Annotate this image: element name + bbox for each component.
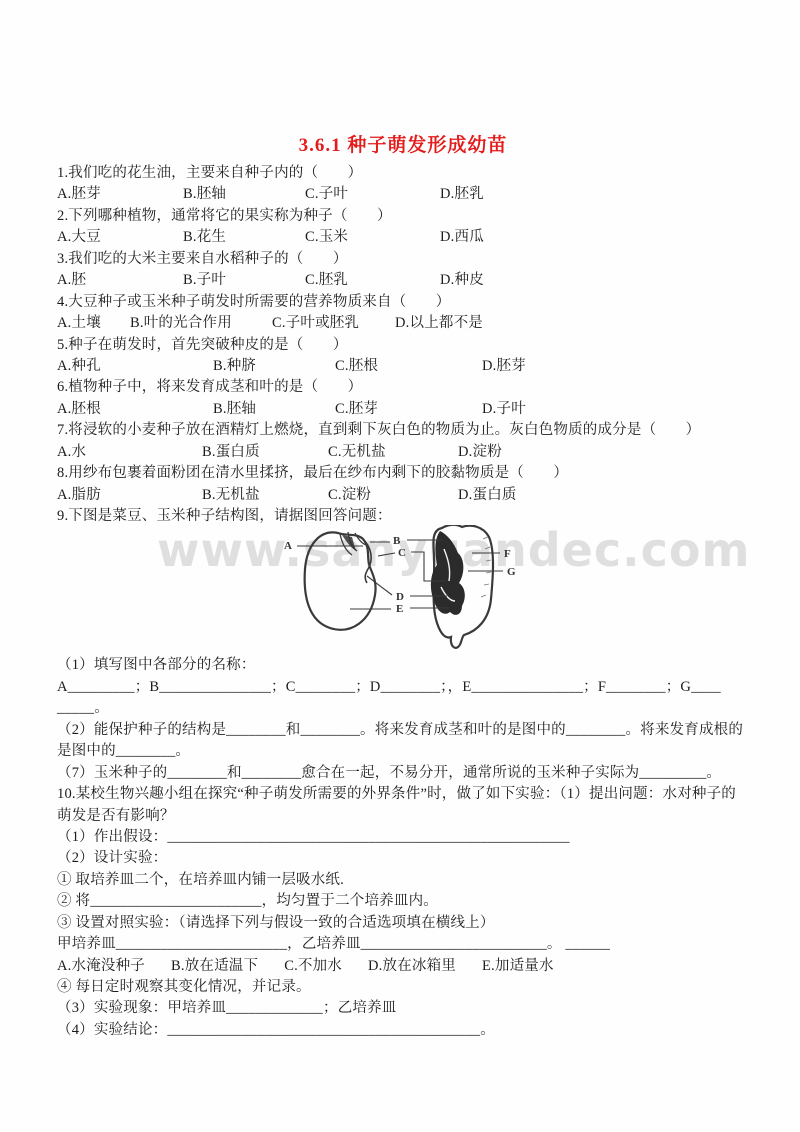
- fill-in-line: （3）实验现象：甲培养皿_____________；乙培养皿: [57, 998, 757, 1019]
- figure-label-g: G: [507, 566, 516, 578]
- option: B.叶的光合作用: [130, 313, 272, 334]
- fill-in-line: _____。: [57, 698, 757, 719]
- question-stem: 7.将浸软的小麦种子放在酒精灯上燃烧，直到剩下灰白色的物质为止。灰白色物质的成分…: [57, 420, 757, 441]
- option: A.大豆: [57, 227, 183, 248]
- option: C.胚乳: [305, 270, 440, 291]
- experiment-step: ① 取培养皿二个，在培养皿内铺一层吸水纸.: [57, 870, 757, 891]
- question-stem: 2.下列哪种植物，通常将它的果实称为种子（ ）: [57, 206, 757, 227]
- options-row: A.种孔B.种脐C.胚根D.胚芽: [57, 356, 757, 377]
- options-row: A.水B.蛋白质C.无机盐D.淀粉: [57, 442, 757, 463]
- option: A.胚根: [57, 399, 213, 420]
- option: D.淀粉: [458, 442, 502, 463]
- option: A.土壤: [57, 313, 130, 334]
- question-stem: 6.植物种子中，将来发育成茎和叶的是（ ）: [57, 377, 757, 398]
- option: C.胚芽: [335, 399, 482, 420]
- option: C.不加水: [284, 956, 342, 977]
- option: B.花生: [183, 227, 305, 248]
- option: B.放在适温下: [171, 956, 258, 977]
- figure-label-d: D: [396, 591, 404, 603]
- seed-diagram-svg: A B C D E F G: [278, 525, 548, 656]
- options-row: A.胚根B.胚轴C.胚芽D.子叶: [57, 399, 757, 420]
- option: C.子叶: [305, 184, 440, 205]
- options-row: A.水淹没种子B.放在适温下C.不加水D.放在冰箱里E.加适量水: [57, 956, 757, 977]
- fill-in-line: （1）填写图中各部分的名称：: [57, 655, 757, 676]
- figure-label-e: E: [396, 603, 403, 615]
- option: C.子叶或胚乳: [272, 313, 395, 334]
- option: D.胚乳: [440, 184, 484, 205]
- option: A.水: [57, 442, 202, 463]
- option: D.放在冰箱里: [368, 956, 456, 977]
- figure-label-c: C: [398, 547, 406, 559]
- fill-in-line: （2）能保护种子的结构是________和________。将来发育成茎和叶的是…: [57, 720, 757, 741]
- option: D.胚芽: [482, 356, 526, 377]
- experiment-step: ③ 设置对照实验：（请选择下列与假设一致的合适选项填在横线上）: [57, 913, 757, 934]
- question-stem: 1.我们吃的花生油，主要来自种子内的（ ）: [57, 163, 757, 184]
- option: B.无机盐: [202, 485, 328, 506]
- option: C.胚根: [335, 356, 482, 377]
- page-title: 3.6.1 种子萌发形成幼苗: [57, 130, 749, 163]
- corn-embryo-fill: [431, 531, 465, 615]
- option: B.胚轴: [183, 184, 305, 205]
- option: B.蛋白质: [202, 442, 328, 463]
- option: C.无机盐: [328, 442, 458, 463]
- worksheet-page: 3.6.1 种子萌发形成幼苗 1.我们吃的花生油，主要来自种子内的（ ） A.胚…: [0, 0, 800, 1132]
- figure-label-a: A: [284, 540, 292, 552]
- figure-label-f: F: [504, 548, 511, 560]
- option: C.淀粉: [328, 485, 458, 506]
- options-row: A.大豆B.花生C.玉米D.西瓜: [57, 227, 757, 248]
- question-stem-wrap: 萌发是否有影响？: [57, 806, 757, 827]
- option: A.水淹没种子: [57, 956, 145, 977]
- fill-in-line: （2）设计实验：: [57, 848, 757, 869]
- fill-in-line: （4）实验结论：________________________________…: [57, 1020, 757, 1041]
- option: D.子叶: [482, 399, 526, 420]
- fill-in-line: 甲培养皿_______________________，乙培养皿________…: [57, 934, 757, 955]
- bean-embryo-shade: [342, 535, 356, 551]
- option: B.子叶: [183, 270, 305, 291]
- option: B.胚轴: [213, 399, 335, 420]
- option: A.种孔: [57, 356, 213, 377]
- worksheet-content: 3.6.1 种子萌发形成幼苗 1.我们吃的花生油，主要来自种子内的（ ） A.胚…: [57, 130, 757, 1041]
- question-stem: 3.我们吃的大米主要来自水稻种子的（ ）: [57, 249, 757, 270]
- question-stem: 4.大豆种子或玉米种子萌发时所需要的营养物质来自（ ）: [57, 292, 757, 313]
- corn-hatching: [481, 537, 491, 597]
- option: A.脂肪: [57, 485, 202, 506]
- option: D.蛋白质: [458, 485, 517, 506]
- fill-in-line: （7）玉米种子的________和________愈合在一起，不易分开，通常所说…: [57, 763, 757, 784]
- options-row: A.土壤B.叶的光合作用C.子叶或胚乳D.以上都不是: [57, 313, 757, 334]
- options-row: A.脂肪B.无机盐C.淀粉D.蛋白质: [57, 485, 757, 506]
- question-stem: 5.种子在萌发时，首先突破种皮的是（ ）: [57, 335, 757, 356]
- seed-structure-figure: www.sanyuandec.com A B C D E: [57, 527, 749, 655]
- question-stem: 10.某校生物兴趣小组在探究“种子萌发所需要的外界条件”时，做了如下实验：（1）…: [57, 784, 757, 805]
- figure-label-b: B: [393, 535, 401, 547]
- experiment-step: ② 将_______________________，均匀置于二个培养皿内。: [57, 891, 757, 912]
- options-row: A.胚芽B.胚轴C.子叶D.胚乳: [57, 184, 757, 205]
- options-row: A.胚B.子叶C.胚乳D.种皮: [57, 270, 757, 291]
- fill-in-line: （1）作出假设：________________________________…: [57, 827, 757, 848]
- option: D.西瓜: [440, 227, 484, 248]
- bean-seed-outline: [305, 533, 376, 630]
- fill-in-line: 是图中的________。: [57, 741, 757, 762]
- option: E.加适量水: [482, 956, 554, 977]
- option: D.以上都不是: [395, 313, 483, 334]
- experiment-step: ④ 每日定时观察其变化情况，并记录。: [57, 977, 757, 998]
- question-stem: 8.用纱布包裹着面粉团在清水里揉挤，最后在纱布内剩下的胶黏物质是（ ）: [57, 463, 757, 484]
- option: C.玉米: [305, 227, 440, 248]
- option: D.种皮: [440, 270, 484, 291]
- fill-in-line: A_________；B_______________；C________；D_…: [57, 677, 757, 698]
- option: A.胚: [57, 270, 183, 291]
- option: B.种脐: [213, 356, 335, 377]
- option: A.胚芽: [57, 184, 183, 205]
